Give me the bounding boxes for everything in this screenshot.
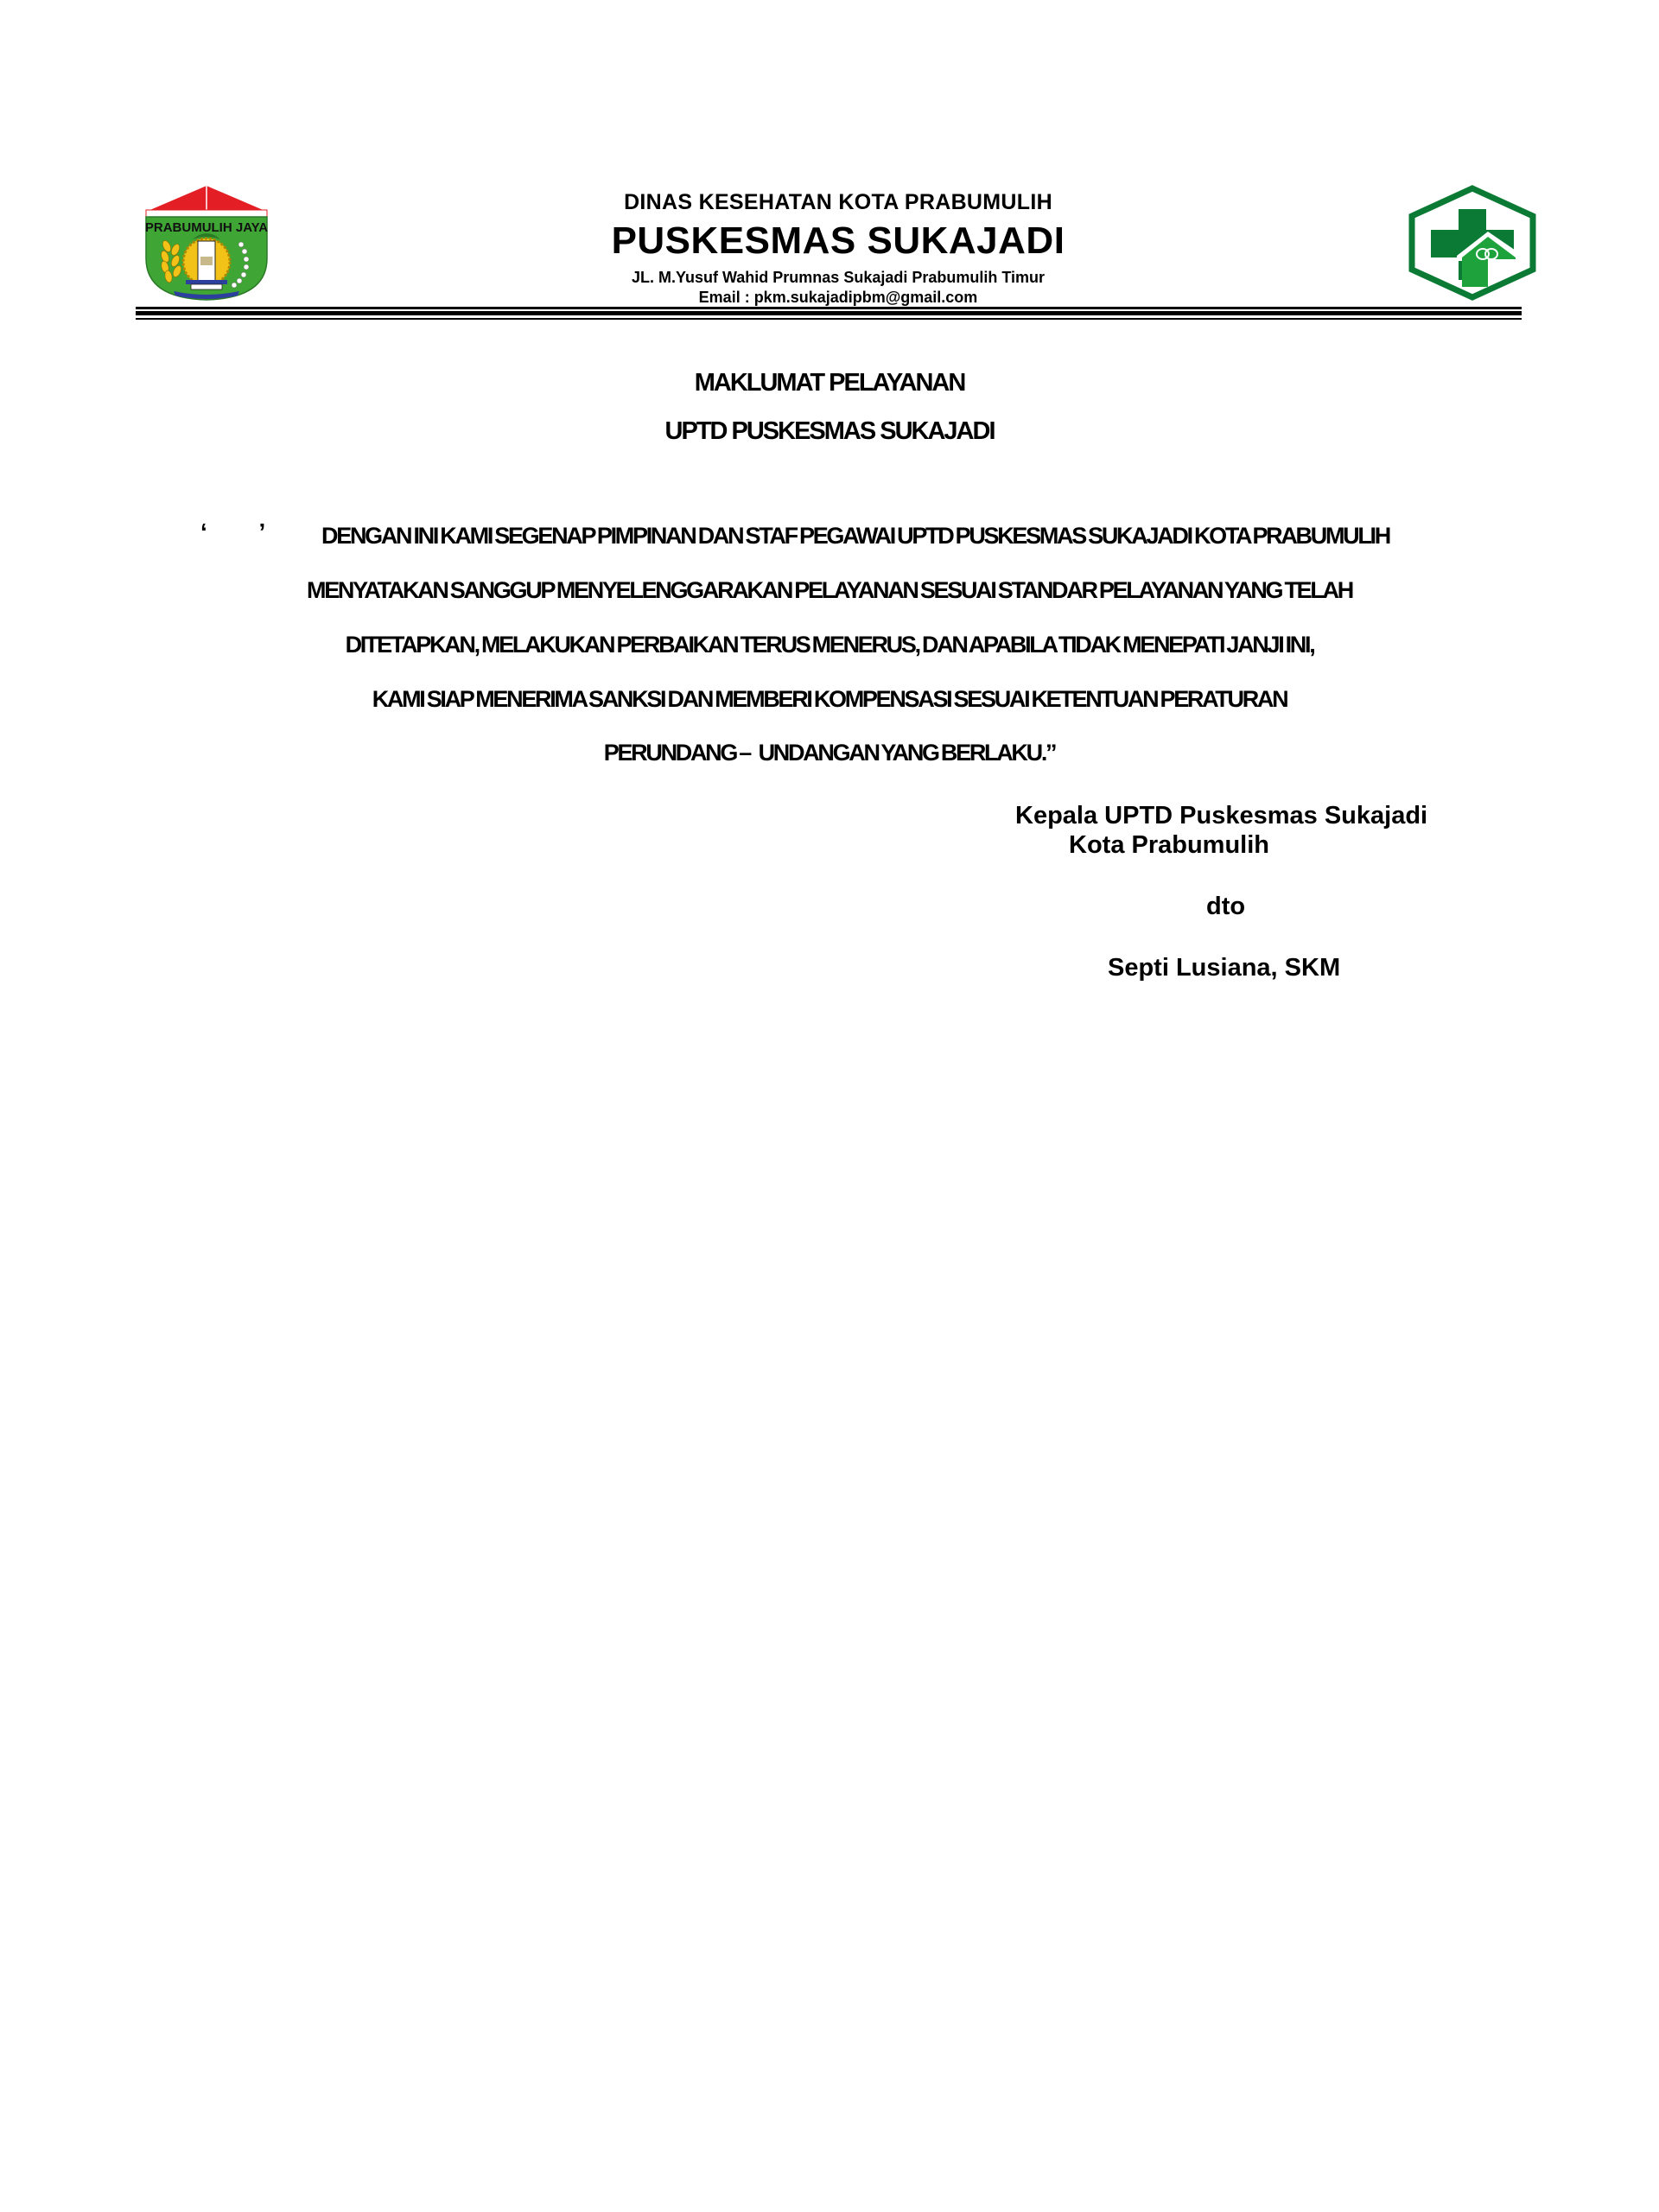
puskesmas-cross-house-icon	[1408, 185, 1536, 301]
statement-line: KAMI SIAP MENERIMA SANKSI DAN MEMBERI KO…	[0, 686, 1659, 713]
statement-line: DITETAPKAN, MELAKUKAN PERBAIKAN TERUS ME…	[0, 632, 1659, 658]
emblem-banner-text: PRABUMULIH JAYA	[145, 220, 268, 235]
statement-line: MENYATAKAN SANGGUP MENYELENGGARAKAN PELA…	[0, 577, 1659, 604]
signatory-position: Kepala UPTD Puskesmas Sukajadi	[1015, 802, 1427, 830]
letterhead-address: JL. M.Yusuf Wahid Prumnas Sukajadi Prabu…	[484, 269, 1192, 287]
letterhead-rule-bottom	[136, 318, 1522, 320]
signed-mark: dto	[1206, 893, 1245, 921]
letterhead-rule-thick	[136, 311, 1522, 315]
statement-line: DENGAN INI KAMI SEGENAP PIMPINAN DAN STA…	[26, 523, 1659, 550]
prabumulih-jaya-emblem-icon: PRABUMULIH JAYA	[141, 184, 272, 302]
letterhead-name: PUSKESMAS SUKAJADI	[484, 219, 1192, 263]
document-subtitle: UPTD PUSKESMAS SUKAJADI	[0, 417, 1659, 446]
letterhead-email: Email : pkm.sukajadipbm@gmail.com	[484, 289, 1192, 307]
statement-line: PERUNDANG – UNDANGAN YANG BERLAKU.”	[0, 740, 1659, 766]
document-title: MAKLUMAT PELAYANAN	[0, 369, 1659, 397]
letterhead-rule-top	[136, 307, 1522, 309]
signatory-city: Kota Prabumulih	[1069, 831, 1269, 860]
letterhead-agency: DINAS KESEHATAN KOTA PRABUMULIH	[484, 190, 1192, 215]
signatory-name: Septi Lusiana, SKM	[1108, 954, 1340, 982]
